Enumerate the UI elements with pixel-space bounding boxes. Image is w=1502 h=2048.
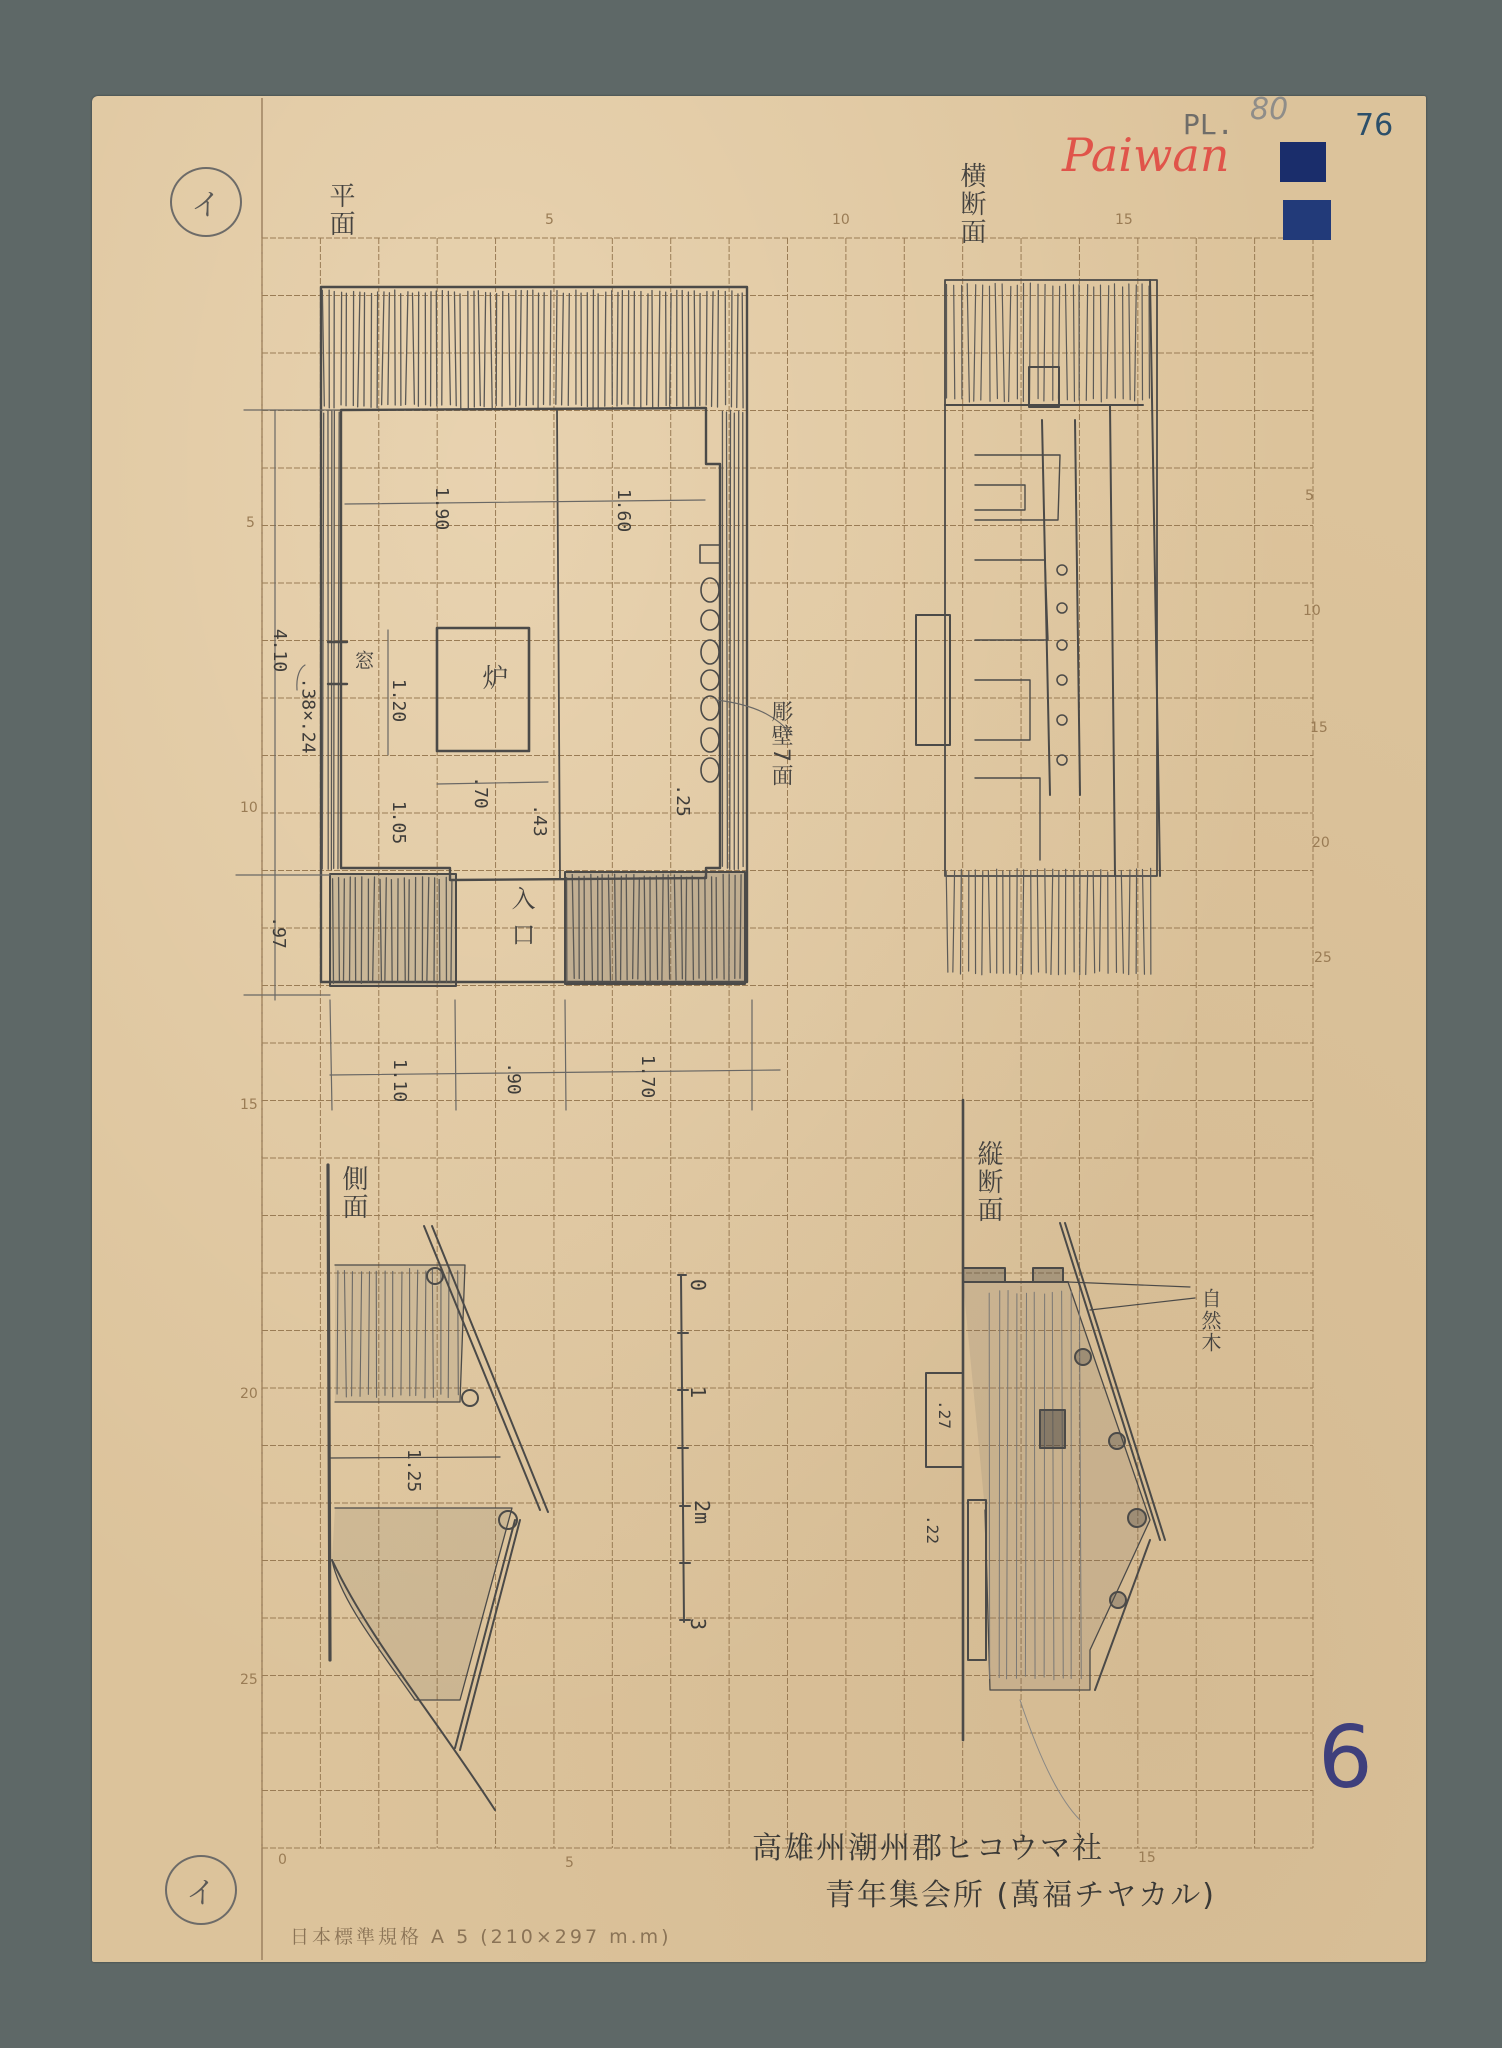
cross-section-title: 横断面 [953, 162, 990, 246]
dim-carving-depth: .25 [672, 784, 693, 817]
side-elevation-drawing [328, 1165, 548, 1810]
grid-label-right-10: 10 [1303, 603, 1321, 619]
grid-label-left-10: 10 [240, 800, 258, 816]
catalog-number: 76 [1355, 108, 1393, 143]
grid-label-right-15: 15 [1310, 720, 1328, 736]
dim-hearth-offset: 1.05 [388, 801, 409, 844]
dim-inner-width-right: 1.60 [613, 489, 634, 532]
hearth-label: 炉 [475, 664, 512, 692]
dim-front-depth: .97 [268, 916, 289, 949]
drawing-canvas [0, 0, 1502, 2048]
grid-label-top-10: 10 [832, 212, 850, 228]
entrance-label: 入口 [504, 886, 539, 958]
grid-label-top-5: 5 [545, 212, 554, 228]
grid-label-right-5: 5 [1305, 488, 1314, 504]
circle-mark-top-text: イ [191, 180, 221, 224]
dim-front-left: 1.10 [389, 1059, 410, 1102]
dim-front-right: 1.70 [637, 1055, 658, 1098]
tribe-label: Paiwan [1062, 128, 1229, 182]
scale-tick-3: 3 [686, 1618, 710, 1630]
window-label: 窓 [349, 650, 378, 672]
dim-sill: .22 [923, 1515, 942, 1544]
grid-label-top-15: 15 [1115, 212, 1133, 228]
grid-label-right-25: 25 [1314, 950, 1332, 966]
dim-hearth-gap: .43 [529, 804, 550, 837]
circle-mark-top: イ [170, 167, 242, 237]
paper-standard-print: 日本標準規格 A 5 (210×297 m.m) [290, 1922, 672, 1949]
blue-color-block-2 [1283, 200, 1331, 240]
grid-label-bottom-15: 15 [1138, 1850, 1156, 1866]
sheet-number: 6 [1318, 1708, 1373, 1808]
circle-mark-bottom: イ [165, 1855, 237, 1925]
dim-front-door: .90 [503, 1062, 524, 1095]
dim-hearth-depth: 1.20 [388, 679, 409, 722]
dim-inner-width-left: 1.90 [431, 487, 452, 530]
natural-wood-label: 自然木 [1196, 1288, 1225, 1354]
scale-tick-1: 1 [686, 1386, 710, 1398]
grid-label-left-25: 25 [240, 1672, 258, 1688]
scale-tick-0: 0 [686, 1279, 710, 1291]
caption-location: 高雄州潮州郡ヒコウマ社 [752, 1823, 1104, 1867]
grid-label-bottom-5: 5 [565, 1855, 574, 1871]
caption-building: 青年集会所 (萬福チヤカル) [825, 1870, 1216, 1914]
scale-tick-2m: 2m [690, 1500, 714, 1524]
dim-eave-height: 1.25 [403, 1449, 424, 1492]
carved-wall-label: 彫壁7面 [765, 700, 796, 788]
scale-bar [678, 1275, 690, 1622]
dim-hearth-width: .70 [470, 776, 491, 809]
dim-total-depth: 4.10 [269, 629, 290, 672]
longitudinal-section-title: 縦断面 [970, 1140, 1007, 1224]
longitudinal-section-drawing [926, 1100, 1195, 1820]
grid-label-left-5: 5 [246, 515, 255, 531]
grid-label-right-20: 20 [1312, 835, 1330, 851]
circle-mark-bottom-text: イ [186, 1868, 216, 1912]
blue-color-block-1 [1280, 142, 1326, 182]
grid-label-bottom-0: 0 [278, 1852, 287, 1868]
plate-pencil-number: 80 [1250, 92, 1288, 127]
side-elevation-title: 側面 [335, 1165, 372, 1221]
grid-label-left-15: 15 [240, 1097, 258, 1113]
grid-label-left-20: 20 [240, 1386, 258, 1402]
plan-title: 平面 [322, 182, 359, 238]
dim-window-size: .38×.24 [297, 678, 318, 754]
dim-window-height: .27 [935, 1400, 954, 1429]
